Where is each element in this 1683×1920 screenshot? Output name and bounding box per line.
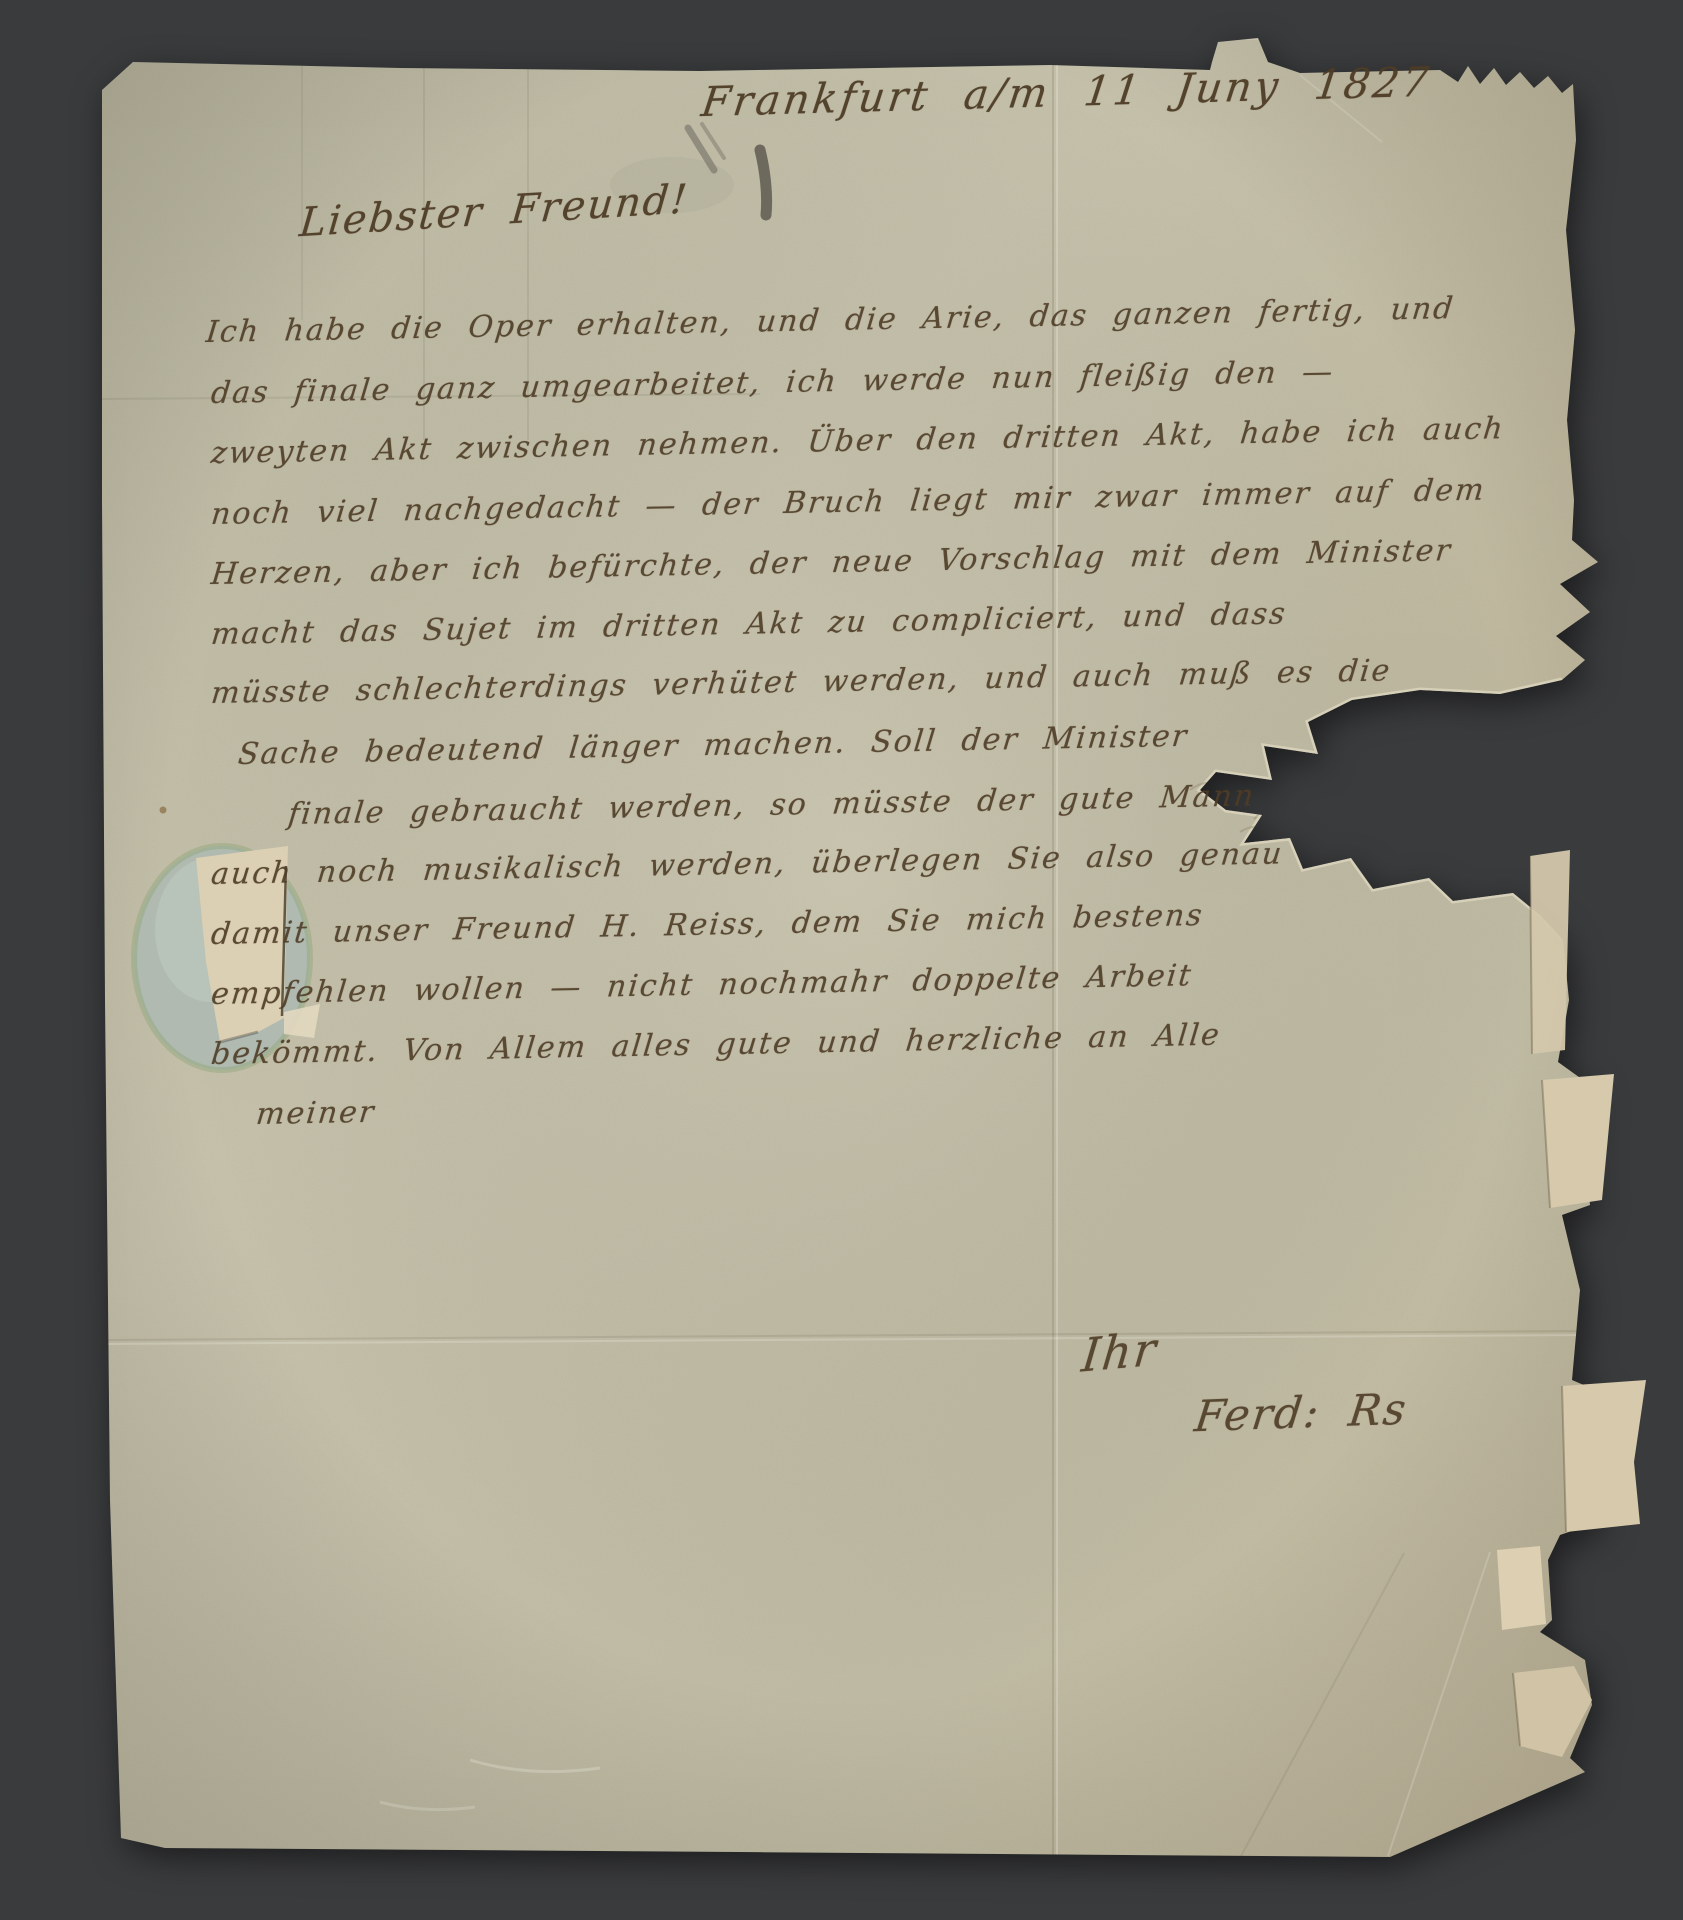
letter-paper-graphic — [0, 0, 1683, 1920]
paper-warm-tint — [1150, 40, 1610, 740]
photo-stage: Frankfurt a/m 11 Juny 1827 Liebster Freu… — [0, 0, 1683, 1920]
paper-fleck — [160, 807, 167, 814]
